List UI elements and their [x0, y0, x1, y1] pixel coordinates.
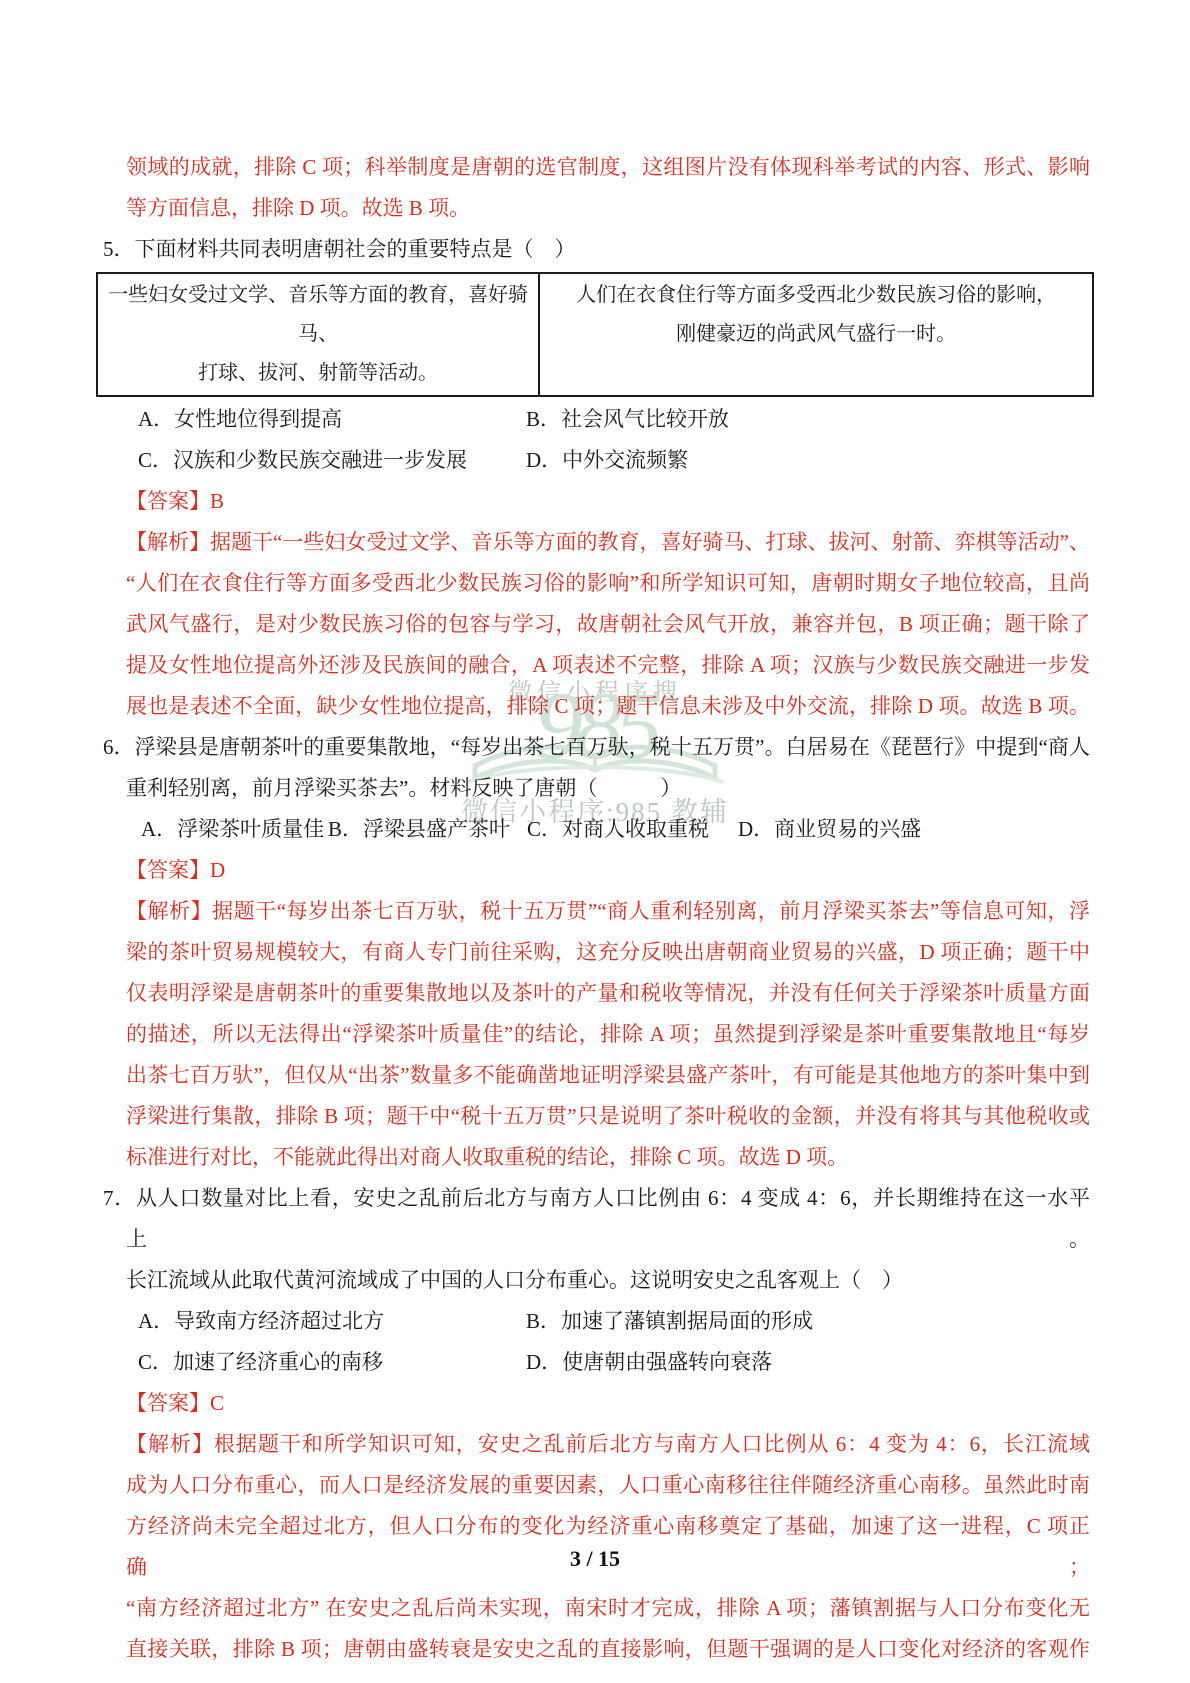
- page-number: 3 / 15: [0, 1546, 1190, 1572]
- q7-analysis-line-2: 成为人口分布重心，而人口是经济发展的重要因素，人口重心南移往往伴随经济重心南移。…: [126, 1465, 1090, 1506]
- q6-analysis-line-5: 出茶七百万驮”，但仅从“出茶”数量多不能确凿地证明浮梁县盛产茶叶，有可能是其他地…: [126, 1055, 1090, 1096]
- q5-options-row-cd-option-a: C．汉族和少数民族交融进一步发展: [138, 448, 467, 472]
- table-cell-left: 一些妇女受过文学、音乐等方面的教育，喜好骑马、打球、拔河、射箭等活动。: [98, 274, 540, 395]
- q7-analysis-line-1: 【解析】根据题干和所学知识可知，安史之乱前后北方与南方人口比例从 6：4 变为 …: [126, 1424, 1090, 1465]
- q4-analysis-tail-line-1: 领域的成就，排除 C 项；科举制度是唐朝的选官制度，这组图片没有体现科举考试的内…: [126, 147, 1090, 188]
- q5-analysis-line-5: 展也是表述不全面，缺少女性地位提高，排除 C 项；题干信息未涉及中外交流，排除 …: [126, 686, 1090, 727]
- q6-analysis-line-1: 【解析】据题干“每岁出茶七百万驮，税十五万贯”“商人重利轻别离，前月浮梁买茶去”…: [126, 891, 1090, 932]
- q5-question: 5．下面材料共同表明唐朝社会的重要特点是（ ）: [126, 229, 1090, 270]
- q7-analysis-line-4: “南方经济超过北方” 在安史之乱后尚未实现，南宋时才完成，排除 A 项；藩镇割据…: [126, 1588, 1090, 1629]
- q7-question-line-1: 7．从人口数量对比上看，安史之乱前后北方与南方人口比例由 6：4 变成 4：6，…: [126, 1178, 1090, 1260]
- q6-analysis-line-6: 浮梁进行集散，排除 B 项；题干中“税十五万贯”只是说明了茶叶税收的金额，并没有…: [126, 1096, 1090, 1137]
- q6-question-line-1: 6．浮梁县是唐朝茶叶的重要集散地，“每岁出茶七百万驮，税十五万贯”。白居易在《琵…: [126, 727, 1090, 768]
- q5-options-row-ab: A．女性地位得到提高B．社会风气比较开放: [126, 399, 1090, 440]
- q5-analysis-line-1: 【解析】据题干“一些妇女受过文学、音乐等方面的教育，喜好骑马、打球、拔河、射箭、…: [126, 522, 1090, 563]
- q6-analysis-line-4: 的描述，所以无法得出“浮梁茶叶质量佳”的结论，排除 A 项；虽然提到浮梁是茶叶重…: [126, 1014, 1090, 1055]
- q6-answer: 【答案】D: [126, 850, 1090, 891]
- q6-question-line-2: 重利轻别离，前月浮梁买茶去”。材料反映了唐朝（ ）: [126, 768, 1090, 809]
- table-cell-left-line-2: 打球、拔河、射箭等活动。: [108, 354, 528, 393]
- q6-options-row-option-a: A．浮梁茶叶质量佳: [141, 809, 324, 850]
- q5-analysis-line-3: 武风气盛行，是对少数民族习俗的包容与学习，故唐朝社会风气开放，兼容并包，B 项正…: [126, 604, 1090, 645]
- table-cell-left-line-1: 一些妇女受过文学、音乐等方面的教育，喜好骑马、: [108, 276, 528, 354]
- q5-answer: 【答案】B: [126, 481, 1090, 522]
- q6-options-row-option-b: B．浮梁县盛产茶叶: [328, 809, 510, 850]
- q6-analysis-line-2: 梁的茶叶贸易规模较大，有商人专门前往采购，这充分反映出唐朝商业贸易的兴盛，D 项…: [126, 932, 1090, 973]
- q7-options-row-ab-option-a: A．导致南方经济超过北方: [138, 1309, 384, 1333]
- q5-analysis-line-4: 提及女性地位提高外还涉及民族间的融合，A 项表述不完整，排除 A 项；汉族与少数…: [126, 645, 1090, 686]
- q6-analysis-line-7: 标准进行对比，不能就此得出对商人收取重税的结论，排除 C 项。故选 D 项。: [126, 1137, 1090, 1178]
- q7-options-row-ab-option-b: B．加速了藩镇割据局面的形成: [526, 1301, 813, 1342]
- table-cell-right-line-2: 刚健豪迈的尚武风气盛行一时。: [550, 315, 1082, 354]
- q7-options-row-cd-option-b: D．使唐朝由强盛转向衰落: [526, 1342, 772, 1383]
- q6-options-row-option-d: D．商业贸易的兴盛: [738, 809, 921, 850]
- q5-analysis-line-2: “人们在衣食住行等方面多受西北少数民族习俗的影响”和所学知识可知，唐朝时期女子地…: [126, 563, 1090, 604]
- page-content: 领域的成就，排除 C 项；科举制度是唐朝的选官制度，这组图片没有体现科举考试的内…: [126, 0, 1090, 1670]
- q5-options-row-cd: C．汉族和少数民族交融进一步发展D．中外交流频繁: [126, 440, 1090, 481]
- q4-analysis-tail-line-2: 等方面信息，排除 D 项。故选 B 项。: [126, 188, 1090, 229]
- document-page: 微信小程序搜 985 微信小程序:985 教辅 领域的成就，排除 C 项；科举制…: [0, 0, 1190, 1683]
- q5-options-row-cd-option-b: D．中外交流频繁: [526, 440, 688, 481]
- q7-options-row-cd-option-a: C．加速了经济重心的南移: [138, 1350, 383, 1374]
- q6-options-row: A．浮梁茶叶质量佳B．浮梁县盛产茶叶C．对商人收取重税D．商业贸易的兴盛: [126, 809, 1090, 850]
- q5-options-row-ab-option-b: B．社会风气比较开放: [526, 399, 729, 440]
- table-cell-right-line-1: 人们在衣食住行等方面多受西北少数民族习俗的影响，: [550, 276, 1082, 315]
- q5-material-table: 一些妇女受过文学、音乐等方面的教育，喜好骑马、打球、拔河、射箭等活动。人们在衣食…: [96, 272, 1094, 397]
- q7-analysis-line-5: 直接关联，排除 B 项；唐朝由盛转衰是安史之乱的直接影响，但题干强调的是人口变化…: [126, 1629, 1090, 1670]
- q7-question-line-2: 长江流域从此取代黄河流域成了中国的人口分布重心。这说明安史之乱客观上（ ）: [126, 1260, 1090, 1301]
- q7-options-row-cd: C．加速了经济重心的南移D．使唐朝由强盛转向衰落: [126, 1342, 1090, 1383]
- q6-options-row-option-c: C．对商人收取重税: [527, 809, 709, 850]
- q7-answer: 【答案】C: [126, 1383, 1090, 1424]
- table-cell-right: 人们在衣食住行等方面多受西北少数民族习俗的影响，刚健豪迈的尚武风气盛行一时。: [540, 274, 1092, 395]
- q5-options-row-ab-option-a: A．女性地位得到提高: [138, 407, 342, 431]
- q7-options-row-ab: A．导致南方经济超过北方B．加速了藩镇割据局面的形成: [126, 1301, 1090, 1342]
- q6-analysis-line-3: 仅表明浮梁是唐朝茶叶的重要集散地以及茶叶的产量和税收等情况，并没有任何关于浮梁茶…: [126, 973, 1090, 1014]
